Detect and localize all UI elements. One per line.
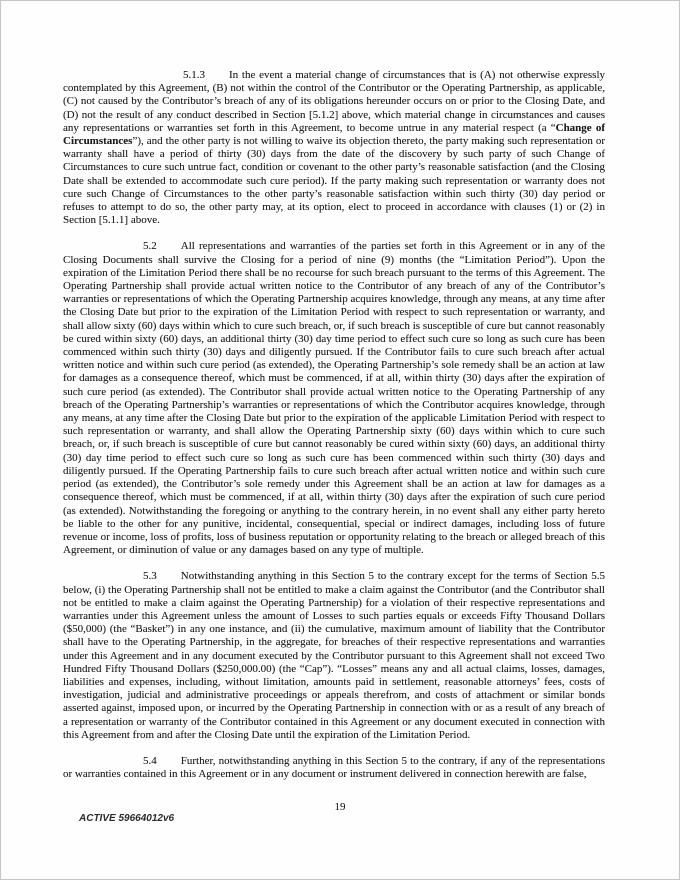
paragraph-5-4: 5.4Further, notwithstanding anything in … [63,755,605,781]
paragraph-5-2: 5.2All representations and warranties of… [63,240,605,557]
section-number: 5.2 [143,240,157,252]
document-page: 5.1.3In the event a material change of c… [0,0,680,880]
paragraph-text: In the event a material change of circum… [63,69,605,134]
footer-document-id: ACTIVE 59664012v6 [79,813,174,824]
paragraph-5-1-3: 5.1.3In the event a material change of c… [63,69,605,227]
paragraph-text: All representations and warranties of th… [63,240,605,556]
section-number: 5.3 [143,570,157,582]
paragraph-text: Notwithstanding anything in this Section… [63,570,605,740]
paragraph-text: ”), and the other party is not willing t… [63,135,605,226]
section-number: 5.1.3 [183,69,205,81]
footer-page-number: 19 [1,801,679,813]
section-number: 5.4 [143,755,157,767]
paragraph-5-3: 5.3Notwithstanding anything in this Sect… [63,570,605,742]
document-body: 5.1.3In the event a material change of c… [63,69,605,794]
